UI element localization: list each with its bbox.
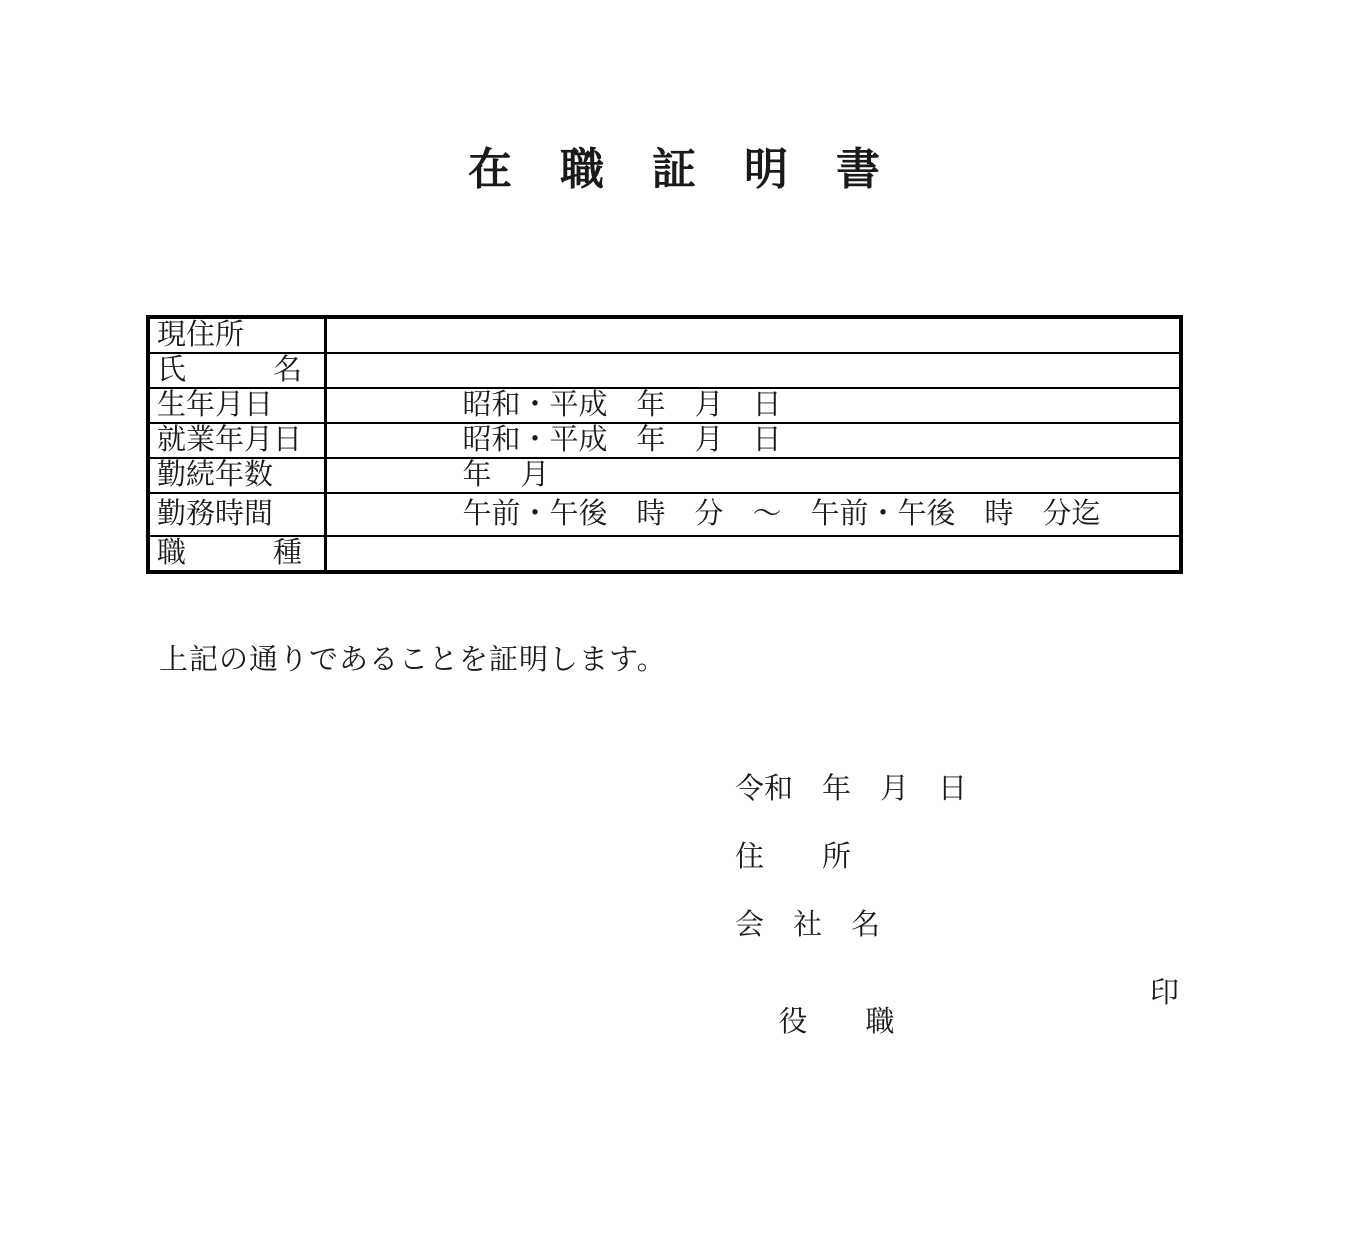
field-value-birth-date: 昭和・平成 年 月 日 [325, 388, 1181, 423]
seal-mark: 印 [1150, 979, 1179, 1008]
certification-statement: 上記の通りであることを証明します。 [159, 637, 667, 678]
document-page: 在 職 証 明 書 現住所 氏 名 生年月日 昭和・平成 年 月 日 就業年月日 [0, 0, 1367, 1233]
table-row-employment-start-date: 就業年月日 昭和・平成 年 月 日 [148, 423, 1181, 458]
field-label-birth-date: 生年月日 [148, 388, 325, 423]
field-value-full-name [325, 353, 1181, 388]
document-title: 在 職 証 明 書 [0, 133, 1350, 197]
table-row-job-type: 職 種 [148, 536, 1181, 572]
field-value-job-type [325, 536, 1181, 572]
field-label-working-hours: 勤務時間 [148, 493, 325, 536]
table-row-working-hours: 勤務時間 午前・午後 時 分 ～ 午前・午後 時 分迄 [148, 493, 1181, 536]
table-row-full-name: 氏 名 [148, 353, 1181, 388]
signature-position-label: 役 職 [779, 1006, 895, 1038]
signature-position-line: 役 職 印 [735, 979, 1205, 1095]
table-row-years-of-service: 勤続年数 年 月 [148, 458, 1181, 493]
table-row-birth-date: 生年月日 昭和・平成 年 月 日 [148, 388, 1181, 423]
field-value-years-of-service: 年 月 [325, 458, 1181, 493]
signature-company-label: 会 社 名 [735, 911, 880, 940]
field-label-full-name: 氏 名 [148, 353, 325, 388]
field-value-employment-start-date: 昭和・平成 年 月 日 [325, 423, 1181, 458]
field-value-current-address [325, 317, 1181, 353]
field-value-working-hours: 午前・午後 時 分 ～ 午前・午後 時 分迄 [325, 493, 1181, 536]
table-row-current-address: 現住所 [148, 317, 1181, 353]
employment-info-table-container: 現住所 氏 名 生年月日 昭和・平成 年 月 日 就業年月日 昭和・平成 年 月… [146, 315, 1183, 574]
signature-address-label: 住 所 [735, 843, 851, 872]
field-label-employment-start-date: 就業年月日 [148, 423, 325, 458]
field-label-job-type: 職 種 [148, 536, 325, 572]
field-label-years-of-service: 勤続年数 [148, 458, 325, 493]
field-label-current-address: 現住所 [148, 317, 325, 353]
signature-date-line: 令和 年 月 日 [735, 775, 967, 804]
employment-info-table: 現住所 氏 名 生年月日 昭和・平成 年 月 日 就業年月日 昭和・平成 年 月… [146, 315, 1183, 574]
